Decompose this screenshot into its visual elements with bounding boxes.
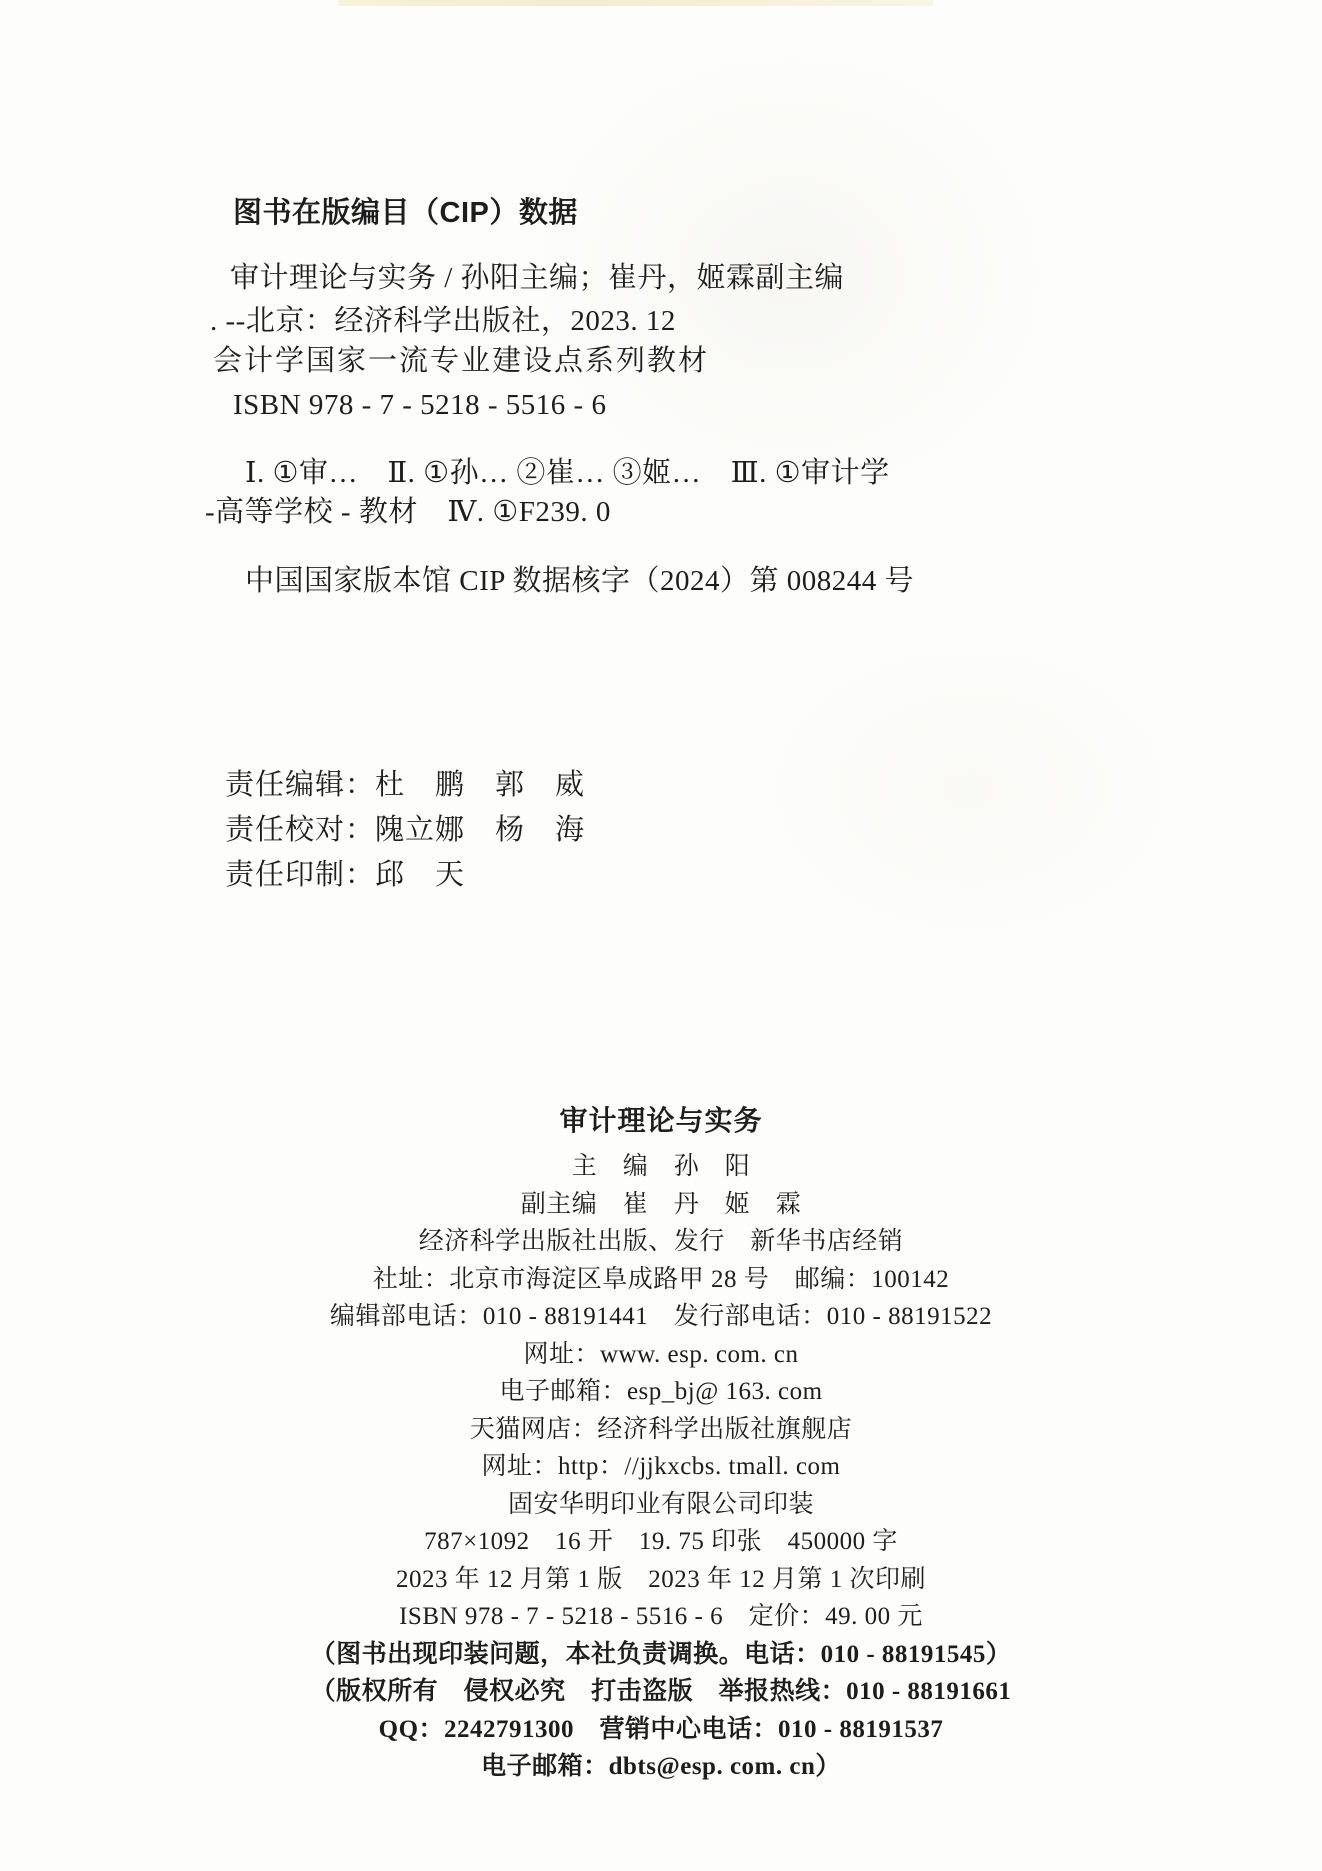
service-email-line: 电子邮箱：dbts@esp. com. cn） [0,1748,1322,1786]
tmall-url-line: 网址：http：//jjkxcbs. tmall. com [0,1448,1322,1486]
cip-title-line: 审计理论与实务 / 孙阳主编；崔丹，姬霖副主编 [230,263,965,293]
email-line: 电子邮箱：esp_bj@ 163. com [0,1373,1322,1411]
responsible-editor-line: 责任编辑：杜 鹏 郭 威 [225,763,585,808]
tmall-store-line: 天猫网店：经济科学出版社旗舰店 [0,1411,1322,1449]
address-postcode-line: 社址：北京市海淀区阜成路甲 28 号 邮编：100142 [0,1261,1322,1299]
copyright-notice-line: （版权所有 侵权必究 打击盗版 举报热线：010 - 88191661 [0,1673,1322,1711]
isbn-price-line: ISBN 978 - 7 - 5218 - 5516 - 6 定价：49. 00… [0,1598,1322,1636]
scan-artifact-top [338,0,933,6]
cip-record-number-line: 中国国家版本馆 CIP 数据核字（2024）第 008244 号 [245,566,965,596]
editorial-credits-block: 责任编辑：杜 鹏 郭 威 责任校对：隗立娜 杨 海 责任印制：邱 天 [225,763,585,898]
copyright-page: 图书在版编目（CIP）数据 审计理论与实务 / 孙阳主编；崔丹，姬霖副主编 . … [0,0,1322,1871]
colophon-block: 审计理论与实务 主 编 孙 阳 副主编 崔 丹 姬 霖 经济科学出版社出版、发行… [0,1104,1322,1786]
book-title: 审计理论与实务 [0,1104,1322,1138]
cip-series-line: 会计学国家一流专业建设点系列教材 [213,346,965,376]
responsible-proofreader-line: 责任校对：隗立娜 杨 海 [225,808,585,853]
scan-artifact-blotch-2 [760,640,1180,940]
qq-marketing-phone-line: QQ：2242791300 营销中心电话：010 - 88191537 [0,1711,1322,1749]
format-sheets-words-line: 787×1092 16 开 19. 75 印张 450000 字 [0,1523,1322,1561]
department-phones-line: 编辑部电话：010 - 88191441 发行部电话：010 - 8819152… [0,1298,1322,1336]
printing-company-line: 固安华明印业有限公司印装 [0,1486,1322,1524]
chief-editor-line: 主 编 孙 阳 [0,1148,1322,1186]
cip-classification-line-1: Ⅰ. ①审… Ⅱ. ①孙… ②崔… ③姬… Ⅲ. ①审计学 [245,458,965,488]
website-line: 网址：www. esp. com. cn [0,1336,1322,1374]
cip-heading: 图书在版编目（CIP）数据 [233,198,965,228]
publisher-distribution-line: 经济科学出版社出版、发行 新华书店经销 [0,1223,1322,1261]
edition-printing-line: 2023 年 12 月第 1 版 2023 年 12 月第 1 次印刷 [0,1561,1322,1599]
binding-issue-notice-line: （图书出现印装问题，本社负责调换。电话：010 - 88191545） [0,1636,1322,1674]
responsible-printing-line: 责任印制：邱 天 [225,853,585,898]
cip-data-block: 图书在版编目（CIP）数据 审计理论与实务 / 孙阳主编；崔丹，姬霖副主编 . … [205,198,965,596]
cip-publisher-line: . --北京：经济科学出版社，2023. 12 [210,306,965,336]
cip-isbn-line: ISBN 978 - 7 - 5218 - 5516 - 6 [233,390,965,420]
deputy-editor-line: 副主编 崔 丹 姬 霖 [0,1186,1322,1224]
cip-classification-line-2: -高等学校 - 教材 Ⅳ. ①F239. 0 [205,497,965,527]
